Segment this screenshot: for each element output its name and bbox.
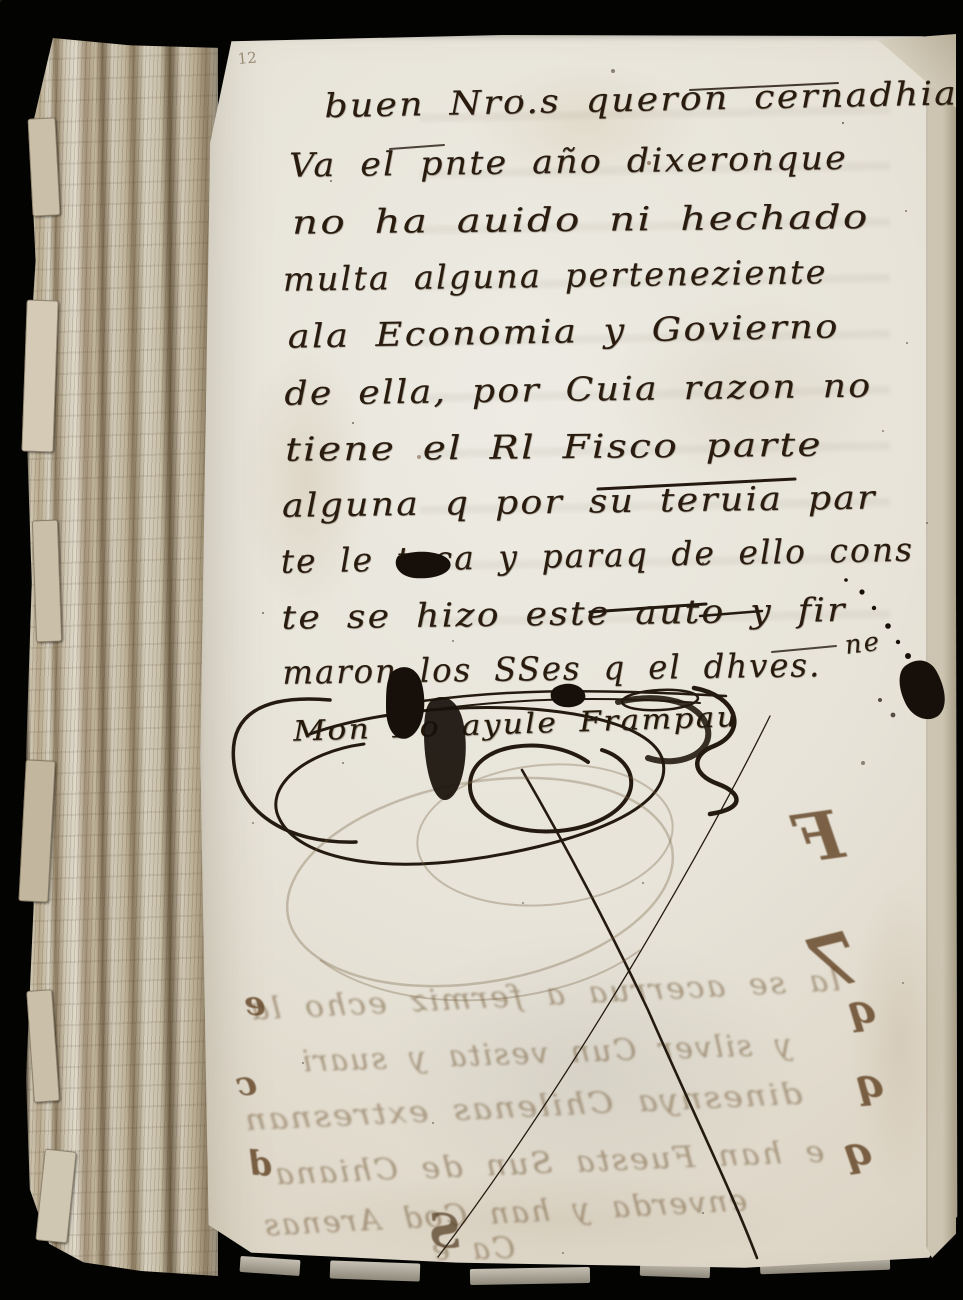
handwritten-line: tiene el Rl Fisco parte [285,425,823,469]
folio-mark: 12 [237,48,258,68]
handwritten-line: multa alguna perteneziente [283,252,828,299]
handwritten-line: Va el pnte año dixeronque [289,138,848,185]
photo-backdrop: la se acerrua a fermiz echo la y silver … [0,0,963,1300]
handwritten-line: no ha auido ni hechado [292,197,870,242]
foxing-speckles [0,0,2,2]
handwritten-line: alguna q por su teruia par [282,477,877,524]
handwritten-line: te le toca y paraq de ello cons [280,530,914,581]
handwritten-line: de ella, por Cuia razon no [284,366,872,413]
handwritten-line: te se hizo este auto y fir [281,590,847,637]
handwritten-line: ala Economia y Govierno [287,306,840,355]
handwritten-line: buen Nro.s queron cernadhia [324,73,958,125]
handwritten-line: ne [843,627,882,661]
handwritten-line: maron los SSes q el dhves. [282,645,821,692]
handwritten-text-block: buen Nro.s queron cernadhia Va el pnte a… [0,0,963,1300]
signature: Mon Do ayule Frampau [292,700,739,748]
